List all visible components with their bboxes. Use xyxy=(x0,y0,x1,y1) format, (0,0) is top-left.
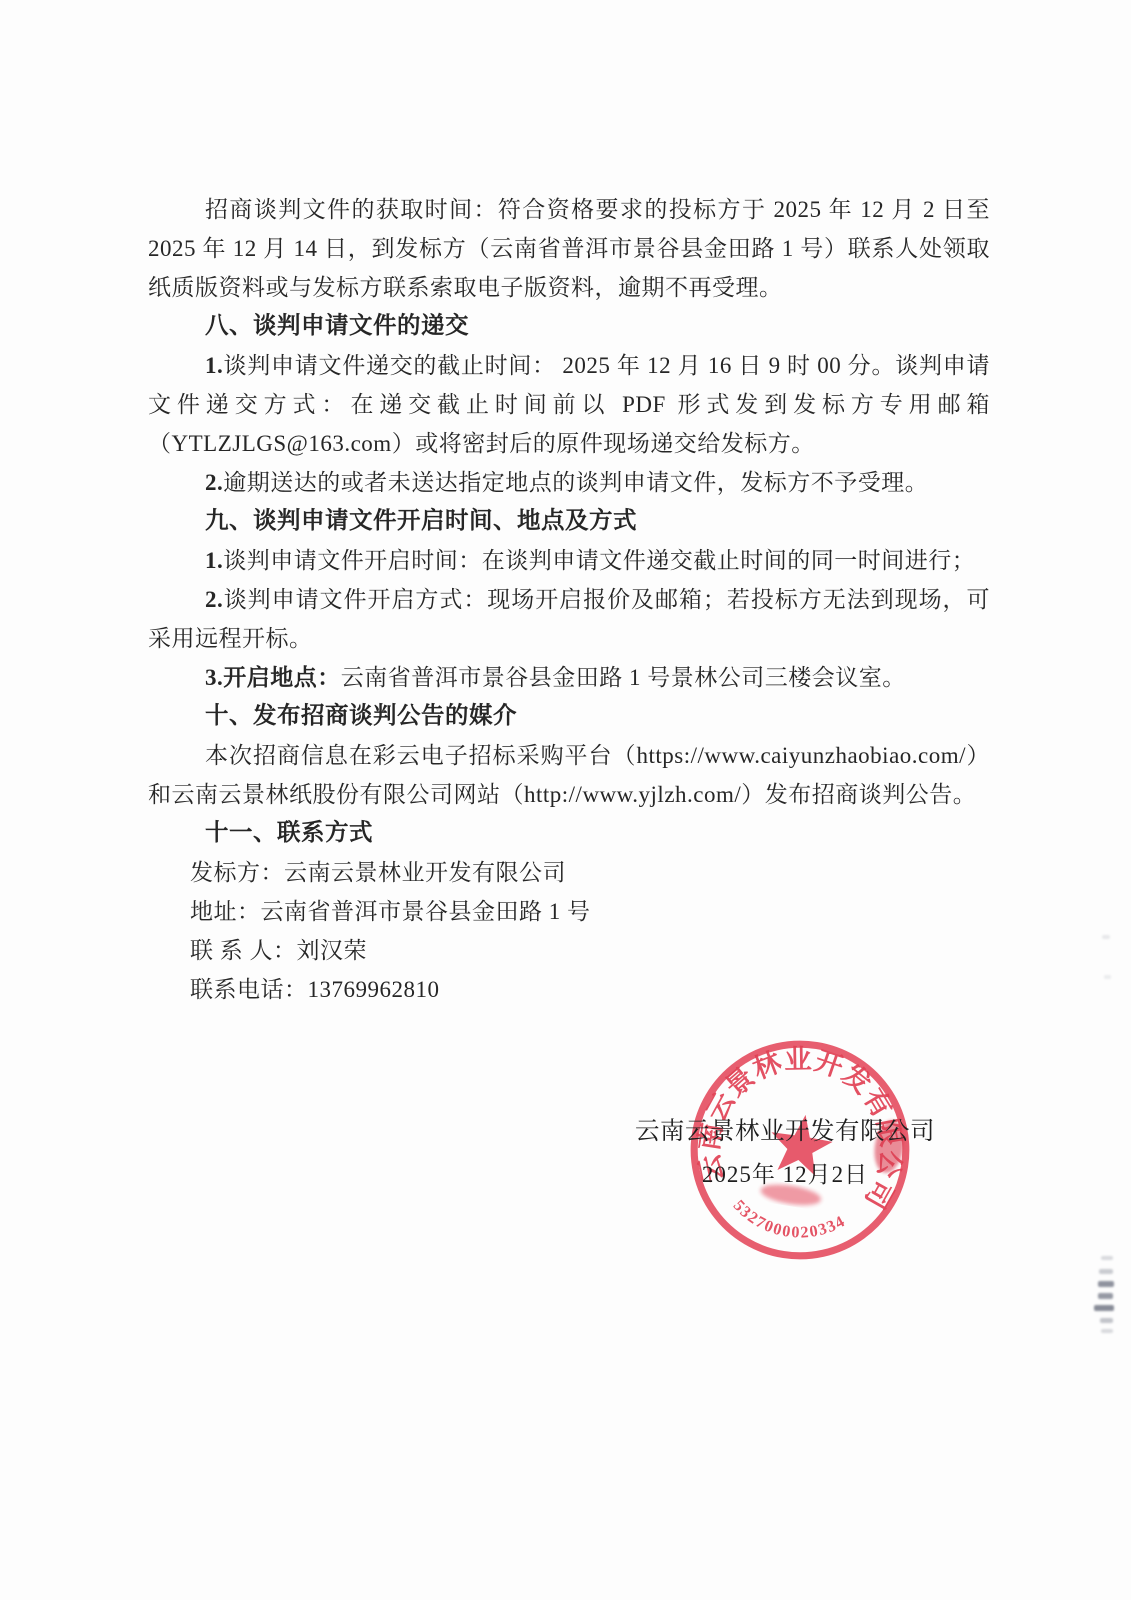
bleed-through-mark xyxy=(1100,1318,1113,1323)
bleed-through-mark xyxy=(1101,1329,1113,1333)
item-number: 2. xyxy=(205,470,223,495)
bleed-through-mark xyxy=(1102,935,1110,939)
section-heading-9: 九、谈判申请文件开启时间、地点及方式 xyxy=(148,502,990,541)
item-8-1: 1.谈判申请文件递交的截止时间： 2025 年 12 月 16 日 9 时 00… xyxy=(148,346,990,463)
bleed-through-mark xyxy=(1094,1305,1114,1311)
paragraph-file-obtain-time: 招商谈判文件的获取时间：符合资格要求的投标方于 2025 年 12 月 2 日至… xyxy=(148,190,990,307)
item-number: 1. xyxy=(205,353,223,378)
contact-text: 联 系 人：刘汉荣 xyxy=(190,938,367,963)
item-text: 逾期送达的或者未送达指定地点的谈判申请文件，发标方不予受理。 xyxy=(223,470,928,495)
signature-date: 2025年 12月2日 xyxy=(575,1156,995,1189)
item-9-3: 3.开启地点：云南省普洱市景谷县金田路 1 号景林公司三楼会议室。 xyxy=(148,658,990,697)
heading-text: 十、发布招商谈判公告的媒介 xyxy=(205,703,517,729)
contact-issuer: 发标方：云南云景林业开发有限公司 xyxy=(148,853,990,892)
contact-address: 地址：云南省普洱市景谷县金田路 1 号 xyxy=(148,892,990,931)
section-heading-8: 八、谈判申请文件的递交 xyxy=(148,307,990,346)
item-text: 谈判申请文件递交的截止时间： 2025 年 12 月 16 日 9 时 00 分… xyxy=(148,353,990,456)
item-number: 1. xyxy=(205,548,223,573)
section-heading-10: 十、发布招商谈判公告的媒介 xyxy=(148,697,990,736)
section-heading-11: 十一、联系方式 xyxy=(148,814,990,853)
heading-text: 十一、联系方式 xyxy=(205,820,373,846)
heading-text: 八、谈判申请文件的递交 xyxy=(205,313,469,339)
item-text: 谈判申请文件开启方式：现场开启报价及邮箱；若投标方无法到现场，可采用远程开标。 xyxy=(148,587,990,651)
contact-text: 联系电话：13769962810 xyxy=(190,977,440,1002)
bleed-through-mark xyxy=(1101,1256,1113,1260)
bleed-through-mark xyxy=(1099,1269,1113,1274)
contact-person: 联 系 人：刘汉荣 xyxy=(148,931,990,970)
paragraph-text: 本次招商信息在彩云电子招标采购平台（https://www.caiyunzhao… xyxy=(148,743,990,807)
item-number: 2. xyxy=(205,587,223,612)
paragraph-text: 招商谈判文件的获取时间：符合资格要求的投标方于 2025 年 12 月 2 日至… xyxy=(148,197,990,300)
bleed-through-mark xyxy=(1098,1293,1113,1299)
bleed-through-mark xyxy=(1104,975,1111,979)
signature-company-name: 云南云景林业开发有限公司 xyxy=(575,1112,995,1147)
item-number: 3. xyxy=(205,665,223,690)
item-9-1: 1.谈判申请文件开启时间：在谈判申请文件递交截止时间的同一时间进行； xyxy=(148,541,990,580)
contact-text: 发标方：云南云景林业开发有限公司 xyxy=(190,860,566,885)
scanned-document-page: 招商谈判文件的获取时间：符合资格要求的投标方于 2025 年 12 月 2 日至… xyxy=(0,0,1131,1600)
item-9-2: 2.谈判申请文件开启方式：现场开启报价及邮箱；若投标方无法到现场，可采用远程开标… xyxy=(148,580,990,658)
heading-text: 九、谈判申请文件开启时间、地点及方式 xyxy=(205,508,637,534)
document-body: 招商谈判文件的获取时间：符合资格要求的投标方于 2025 年 12 月 2 日至… xyxy=(148,190,990,1009)
contact-text: 地址：云南省普洱市景谷县金田路 1 号 xyxy=(190,899,591,924)
signature-block: 云南云景林业开发有限公司 2025年 12月2日 xyxy=(575,1112,995,1189)
item-8-2: 2.逾期送达的或者未送达指定地点的谈判申请文件，发标方不予受理。 xyxy=(148,463,990,502)
contact-phone: 联系电话：13769962810 xyxy=(148,970,990,1009)
item-text: 谈判申请文件开启时间：在谈判申请文件递交截止时间的同一时间进行； xyxy=(223,548,975,573)
paragraph-media: 本次招商信息在彩云电子招标采购平台（https://www.caiyunzhao… xyxy=(148,736,990,814)
bleed-through-mark xyxy=(1098,1281,1114,1287)
item-text: 云南省普洱市景谷县金田路 1 号景林公司三楼会议室。 xyxy=(341,665,906,690)
item-label: 开启地点： xyxy=(223,665,341,690)
